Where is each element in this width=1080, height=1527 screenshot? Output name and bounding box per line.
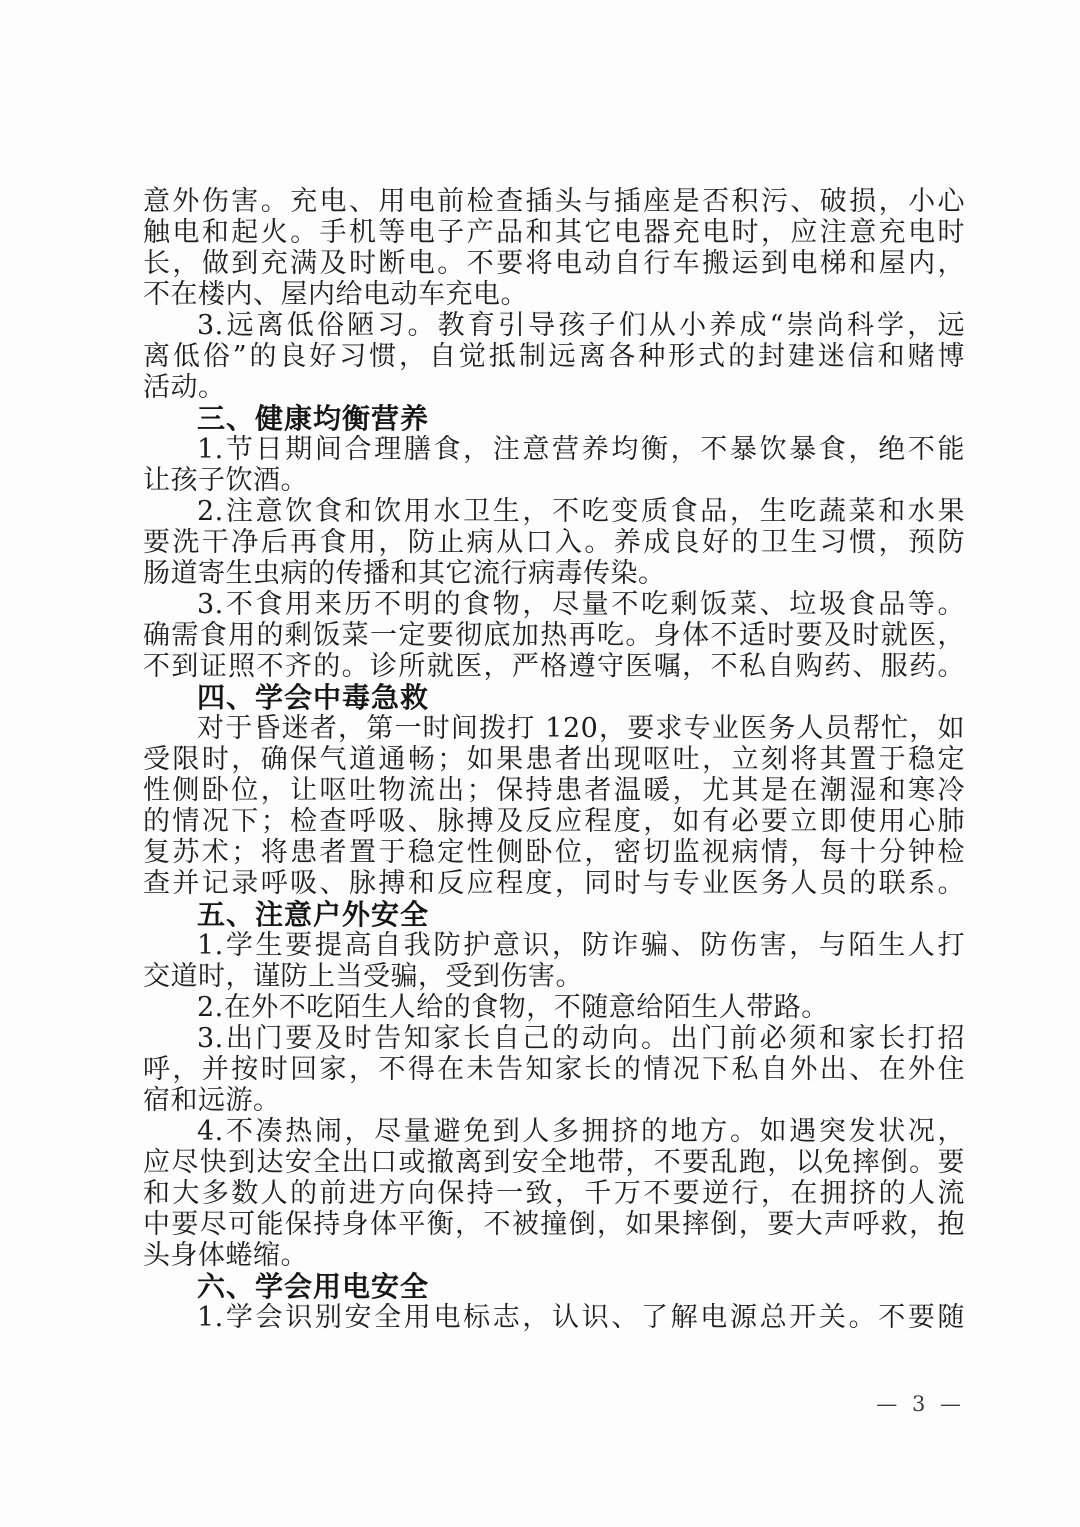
text-line: 活动。 xyxy=(143,372,965,403)
section-heading: 六、学会用电安全 xyxy=(143,1271,965,1302)
text-line: 1.学生要提高自我防护意识，防诈骗、防伤害，与陌生人打 xyxy=(143,930,965,961)
text-line: 中要尽可能保持身体平衡，不被撞倒，如果摔倒，要大声呼救，抱 xyxy=(143,1209,965,1240)
text-line: 头身体蜷缩。 xyxy=(143,1240,965,1271)
text-line: 2.注意饮食和饮用水卫生，不吃变质食品，生吃蔬菜和水果 xyxy=(143,496,965,527)
document-body: 意外伤害。充电、用电前检查插头与插座是否积污、破损，小心触电和起火。手机等电子产… xyxy=(143,186,965,1333)
text-line: 2.在外不吃陌生人给的食物，不随意给陌生人带路。 xyxy=(143,992,965,1023)
text-line: 3.出门要及时告知家长自己的动向。出门前必须和家长打招 xyxy=(143,1023,965,1054)
text-line: 复苏术；将患者置于稳定性侧卧位，密切监视病情，每十分钟检 xyxy=(143,837,965,868)
text-line: 确需食用的剩饭菜一定要彻底加热再吃。身体不适时要及时就医， xyxy=(143,620,965,651)
text-line: 4.不凑热闹，尽量避免到人多拥挤的地方。如遇突发状况， xyxy=(143,1116,965,1147)
text-line: 长，做到充满及时断电。不要将电动自行车搬运到电梯和屋内， xyxy=(143,248,965,279)
section-heading: 五、注意户外安全 xyxy=(143,899,965,930)
text-line: 应尽快到达安全出口或撤离到安全地带，不要乱跑，以免摔倒。要 xyxy=(143,1147,965,1178)
text-line: 3.不食用来历不明的食物，尽量不吃剩饭菜、垃圾食品等。 xyxy=(143,589,965,620)
text-line: 的情况下；检查呼吸、脉搏及反应程度，如有必要立即使用心肺 xyxy=(143,806,965,837)
section-heading: 四、学会中毒急救 xyxy=(143,682,965,713)
text-line: 和大多数人的前进方向保持一致，千万不要逆行，在拥挤的人流 xyxy=(143,1178,965,1209)
text-line: 呼，并按时回家，不得在未告知家长的情况下私自外出、在外住 xyxy=(143,1054,965,1085)
text-line: 让孩子饮酒。 xyxy=(143,465,965,496)
page-number: — 3 — xyxy=(876,1392,965,1416)
text-line: 不在楼内、屋内给电动车充电。 xyxy=(143,279,965,310)
text-line: 离低俗”的良好习惯，自觉抵制远离各种形式的封建迷信和赌博 xyxy=(143,341,965,372)
text-line: 宿和远游。 xyxy=(143,1085,965,1116)
text-line: 性侧卧位，让呕吐物流出；保持患者温暖，尤其是在潮湿和寒冷 xyxy=(143,775,965,806)
text-line: 触电和起火。手机等电子产品和其它电器充电时，应注意充电时 xyxy=(143,217,965,248)
text-line: 查并记录呼吸、脉搏和反应程度，同时与专业医务人员的联系。 xyxy=(143,868,965,899)
text-line: 要洗干净后再食用，防止病从口入。养成良好的卫生习惯，预防 xyxy=(143,527,965,558)
text-line: 1.学会识别安全用电标志，认识、了解电源总开关。不要随 xyxy=(143,1302,965,1333)
text-line: 1.节日期间合理膳食，注意营养均衡，不暴饮暴食，绝不能 xyxy=(143,434,965,465)
section-heading: 三、健康均衡营养 xyxy=(143,403,965,434)
text-line: 不到证照不齐的。诊所就医，严格遵守医嘱，不私自购药、服药。 xyxy=(143,651,965,682)
text-line: 交道时，谨防上当受骗，受到伤害。 xyxy=(143,961,965,992)
text-line: 对于昏迷者，第一时间拨打 120，要求专业医务人员帮忙，如 xyxy=(143,713,965,744)
text-line: 意外伤害。充电、用电前检查插头与插座是否积污、破损，小心 xyxy=(143,186,965,217)
text-line: 3.远离低俗陋习。教育引导孩子们从小养成“崇尚科学，远 xyxy=(143,310,965,341)
text-line: 肠道寄生虫病的传播和其它流行病毒传染。 xyxy=(143,558,965,589)
document-page: 意外伤害。充电、用电前检查插头与插座是否积污、破损，小心触电和起火。手机等电子产… xyxy=(0,0,1080,1527)
text-line: 受限时，确保气道通畅；如果患者出现呕吐，立刻将其置于稳定 xyxy=(143,744,965,775)
